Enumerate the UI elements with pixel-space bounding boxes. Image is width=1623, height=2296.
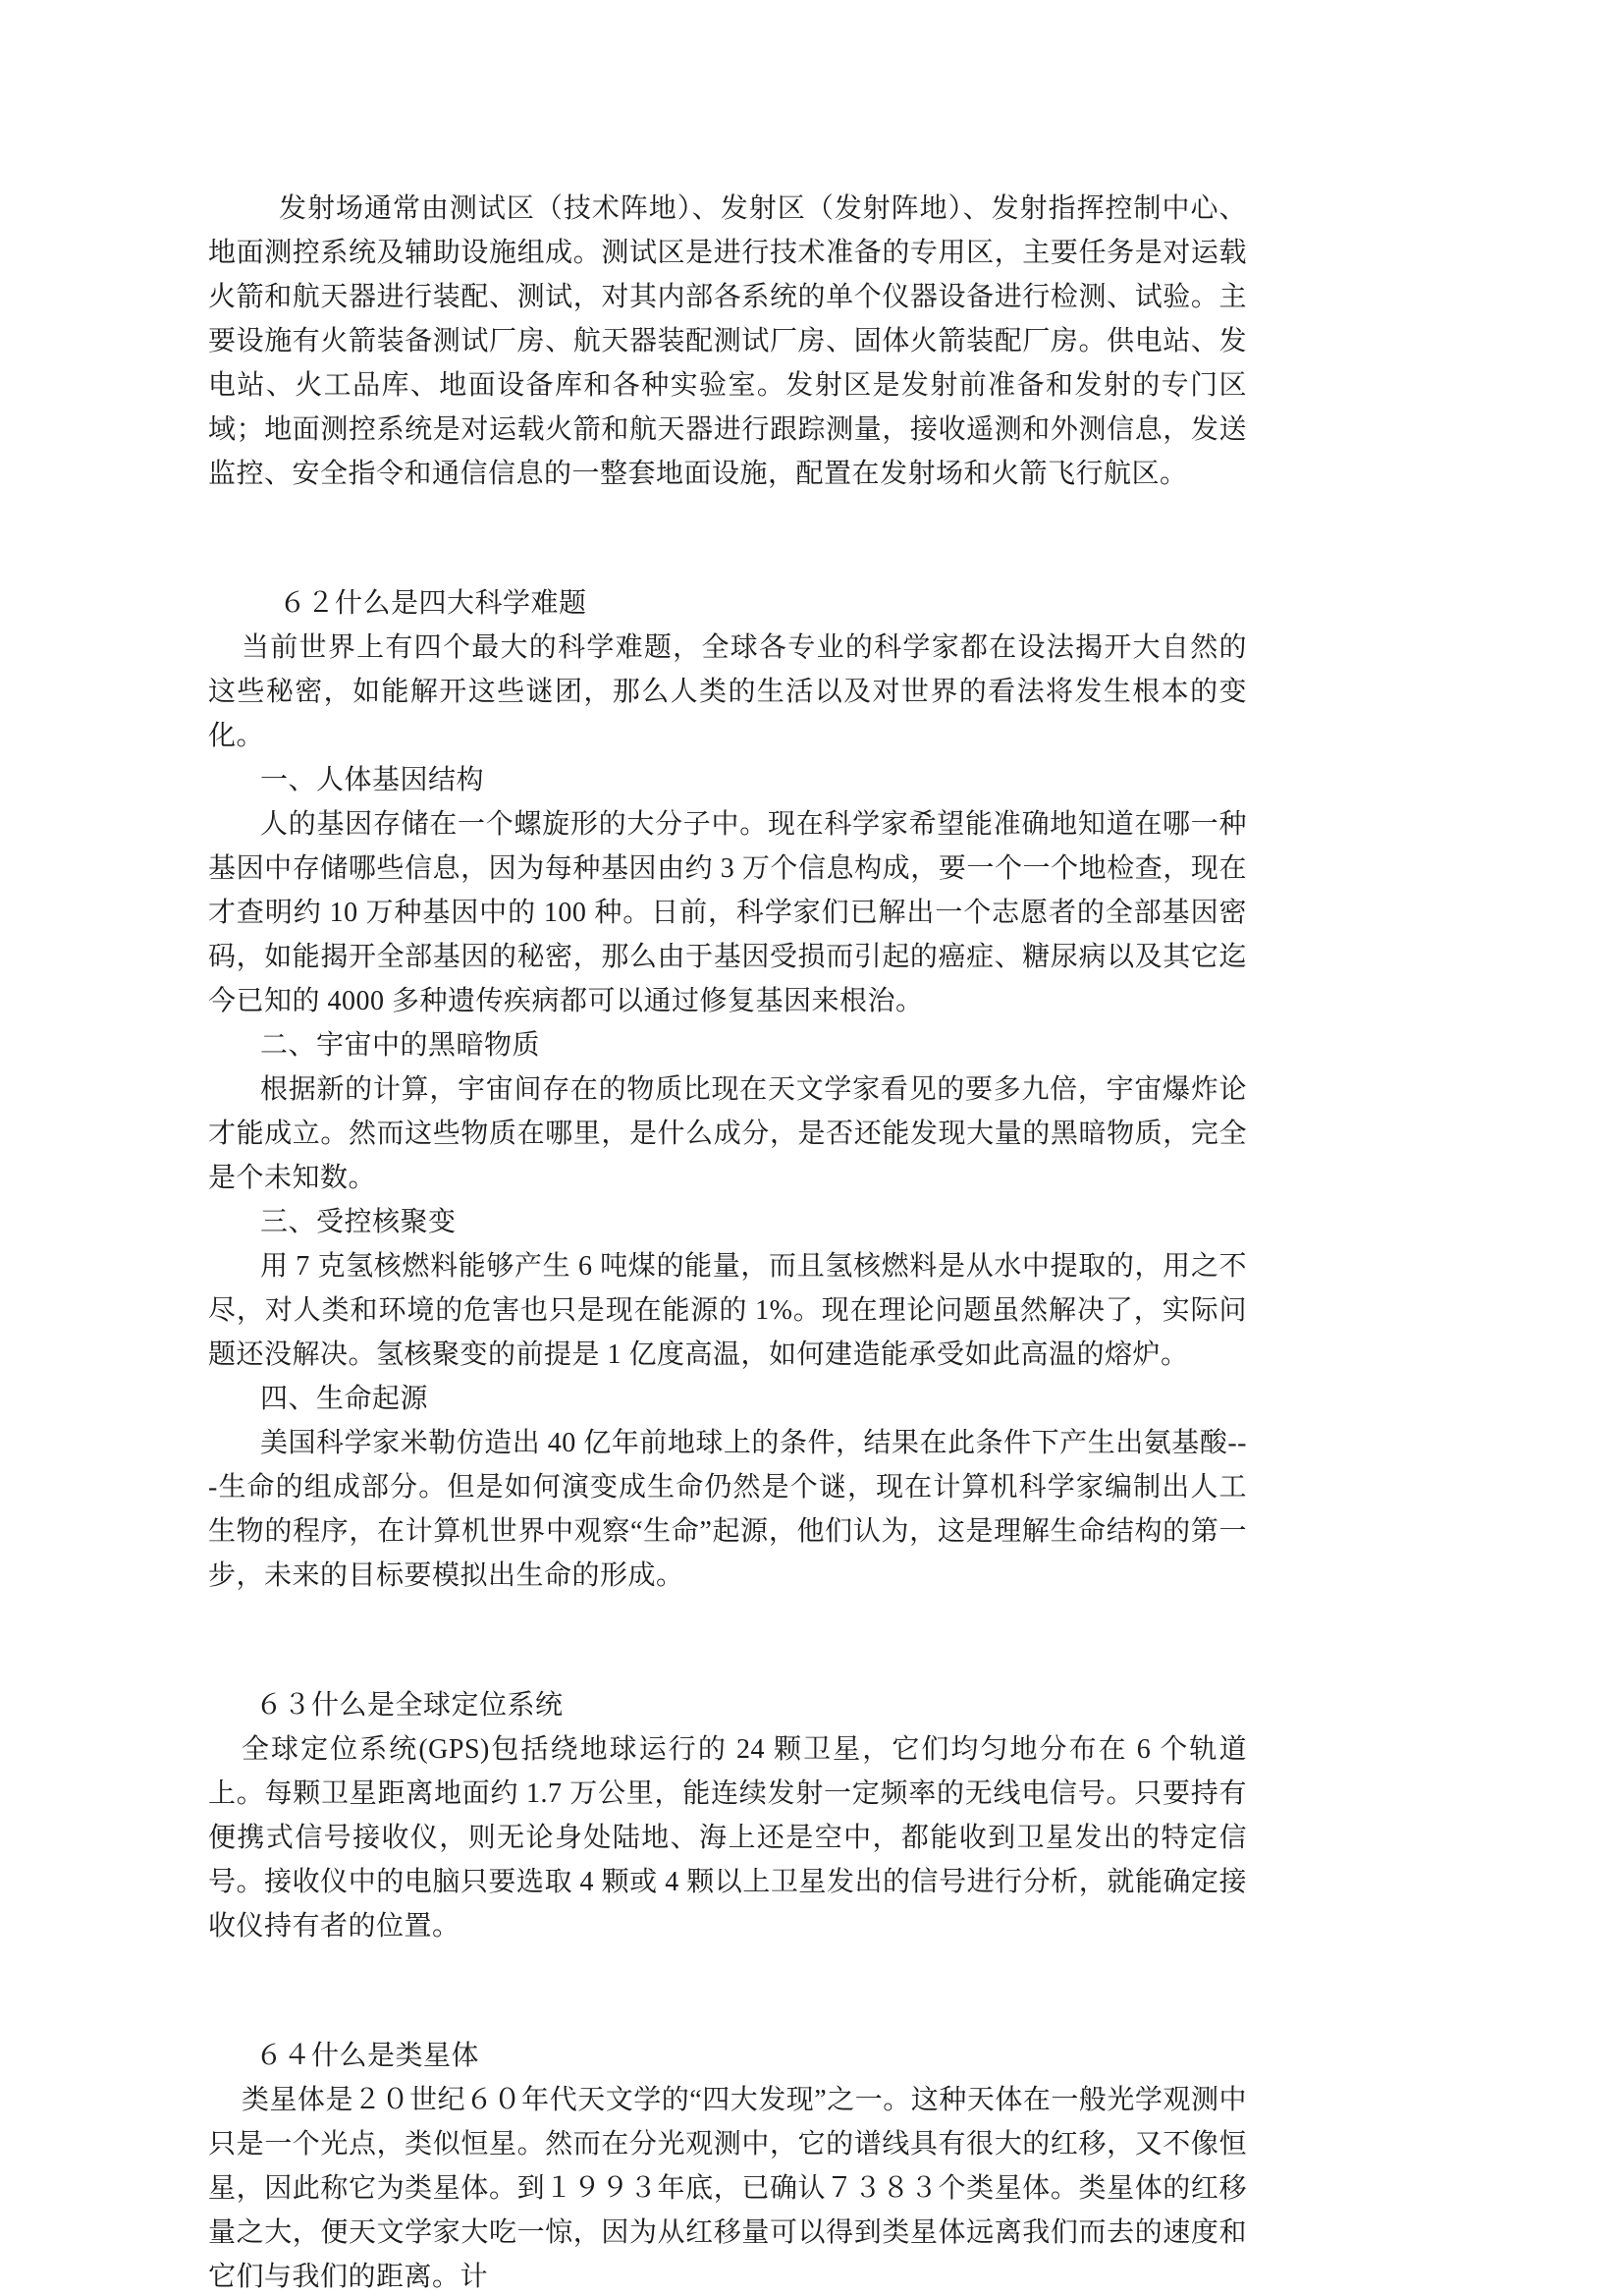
section-heading-64: ６４什么是类星体 [208,2034,1247,2078]
subheading-gene-structure: 一、人体基因结构 [208,758,1247,802]
subheading-origin-of-life: 四、生命起源 [208,1377,1247,1421]
section-heading-62: ６２什么是四大科学难题 [208,581,1247,626]
subheading-dark-matter: 二、宇宙中的黑暗物质 [208,1023,1247,1067]
paragraph-gps: 全球定位系统(GPS)包括绕地球运行的 24 颗卫星，它们均匀地分布在 6 个轨… [208,1727,1247,1948]
section-heading-63: ６３什么是全球定位系统 [208,1683,1247,1727]
document-body: 发射场通常由测试区（技术阵地）、发射区（发射阵地）、发射指挥控制中心、地面测控系… [208,0,1247,2296]
section-gap [208,1948,1247,2034]
paragraph-gene-structure: 人的基因存储在一个螺旋形的大分子中。现在科学家希望能准确地知道在哪一种基因中存储… [208,802,1247,1023]
paragraph-dark-matter: 根据新的计算，宇宙间存在的物质比现在天文学家看见的要多九倍，宇宙爆炸论才能成立。… [208,1067,1247,1200]
paragraph-quasar: 类星体是２０世纪６０年代天文学的“四大发现”之一。这种天体在一般光学观测中只是一… [208,2078,1247,2296]
paragraph-four-problems-intro: 当前世界上有四个最大的科学难题，全球各专业的科学家都在设法揭开大自然的这些秘密，… [208,626,1247,758]
subheading-controlled-fusion: 三、受控核聚变 [208,1200,1247,1244]
paragraph-origin-of-life: 美国科学家米勒仿造出 40 亿年前地球上的条件，结果在此条件下产生出氨基酸---… [208,1421,1247,1598]
document-page: 发射场通常由测试区（技术阵地）、发射区（发射阵地）、发射指挥控制中心、地面测控系… [0,0,1623,2296]
paragraph-controlled-fusion: 用 7 克氢核燃料能够产生 6 吨煤的能量，而且氢核燃料是从水中提取的，用之不尽… [208,1244,1247,1377]
paragraph-launch-site: 发射场通常由测试区（技术阵地）、发射区（发射阵地）、发射指挥控制中心、地面测控系… [208,187,1247,496]
section-gap [208,1598,1247,1683]
section-gap [208,496,1247,581]
